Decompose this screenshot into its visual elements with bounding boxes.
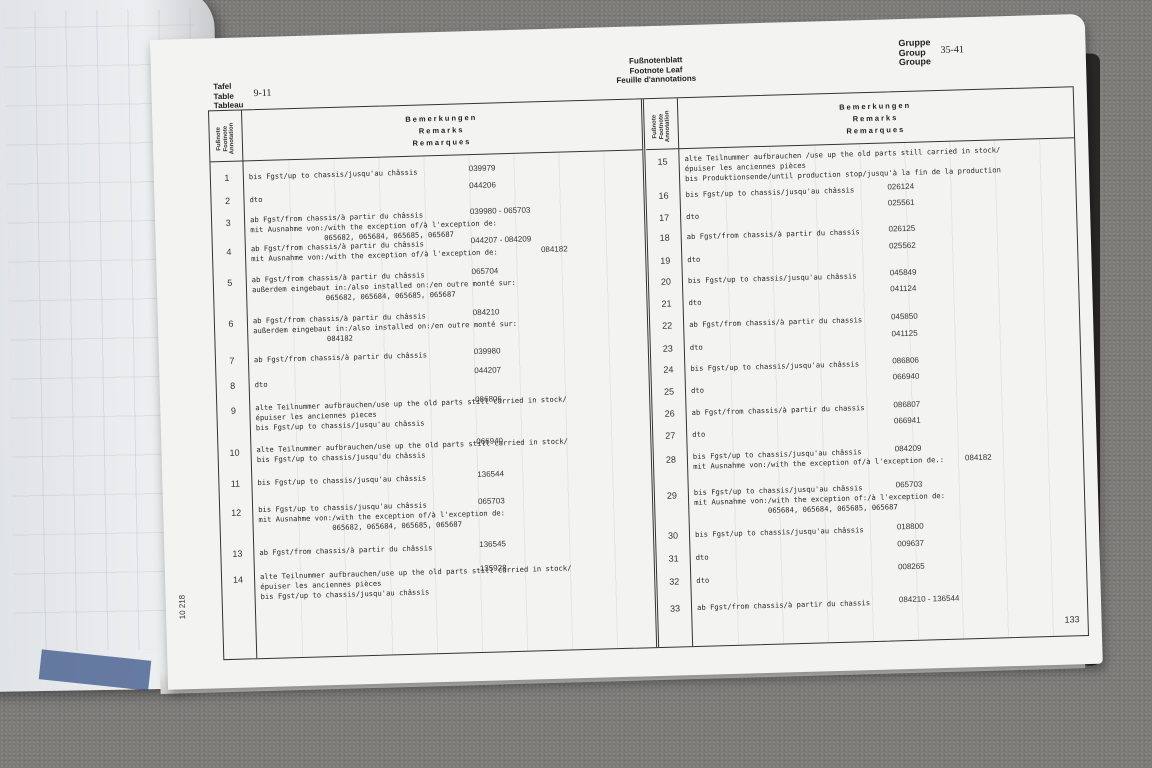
footnote-number: 2: [211, 195, 243, 206]
gruppe-label-fr: Groupe: [899, 57, 931, 67]
tafel-value: 9-11: [253, 89, 271, 99]
footnote-leaf-page: Tafel Table Tableau 9-11 Fußnotenblatt F…: [150, 14, 1103, 690]
fn-head-fr: Annotation: [664, 100, 672, 152]
footnote-number: 29: [656, 490, 688, 501]
chassis-number: 025561: [888, 198, 915, 208]
chassis-number: 086807: [893, 400, 920, 410]
gruppe-value: 35-41: [940, 45, 964, 55]
chassis-number: 039979: [469, 163, 496, 173]
chassis-number: 044207: [474, 365, 501, 375]
footnote-number: 17: [648, 212, 680, 223]
footnote-number: 9: [217, 405, 249, 416]
form-number: 10 218: [178, 595, 188, 620]
leaf-title: Fußnotenblatt Footnote Leaf Feuille d'an…: [556, 53, 757, 87]
chassis-number: 086806: [475, 394, 502, 404]
chassis-number: 044207 - 084209: [471, 234, 532, 245]
chassis-number: 066940: [476, 436, 503, 446]
chassis-number: 045850: [891, 312, 918, 322]
footnote-number: 7: [216, 355, 248, 366]
footnote-number: 4: [213, 246, 245, 257]
chassis-number: 066940: [893, 372, 920, 382]
chassis-number: 135928: [480, 563, 507, 573]
footnote-number: 16: [647, 190, 679, 201]
left-table-half: Fußnote Footnote Annotation Bemerkungen …: [209, 99, 659, 659]
chassis-number: 041124: [890, 284, 916, 294]
tafel-labels: Tafel Table Tableau: [213, 81, 243, 110]
footnote-number: 15: [646, 156, 678, 167]
exception-chassis-number: 084182: [541, 244, 568, 254]
footnote-number: 27: [654, 430, 686, 441]
footnote-number: 10: [218, 447, 250, 458]
chassis-number: 065703: [478, 496, 505, 506]
chassis-number: 136545: [479, 539, 506, 549]
footnote-number: 6: [215, 318, 247, 329]
chassis-number: 065704: [471, 266, 498, 276]
chassis-number: 084210: [473, 307, 500, 317]
footnote-number: 22: [651, 320, 683, 331]
footnote-number: 1: [211, 172, 243, 183]
footnote-number: 26: [654, 408, 686, 419]
chassis-number: 041125: [891, 329, 917, 339]
chassis-number: 039980: [474, 346, 501, 356]
footnote-number: 3: [212, 217, 244, 228]
page-number: 133: [1064, 614, 1079, 624]
chassis-number: 025562: [889, 241, 916, 251]
footnote-number: 18: [649, 232, 681, 243]
footnote-number: 13: [221, 548, 253, 559]
gruppe-labels: Gruppe Group Groupe: [898, 38, 931, 67]
exception-chassis-number: 084182: [965, 453, 992, 463]
footnote-number: 30: [657, 530, 689, 541]
footnote-number: 24: [652, 364, 684, 375]
footnote-table: Fußnote Footnote Annotation Bemerkungen …: [208, 86, 1089, 660]
footnote-number: 28: [655, 454, 687, 465]
footnote-column-header: Fußnote Footnote Annotation: [645, 98, 679, 149]
footnote-number: 5: [214, 277, 246, 288]
chassis-number: 026125: [888, 224, 915, 234]
footnote-number: 32: [658, 576, 690, 587]
footnote-number: 8: [217, 380, 249, 391]
remarks-column-header: Bemerkungen Remarks Remarques: [241, 107, 642, 154]
chassis-number: 039980 - 065703: [470, 205, 531, 216]
chassis-number: 084209: [895, 444, 922, 454]
footnote-number: 14: [222, 574, 254, 585]
footnote-number: 23: [652, 343, 684, 354]
footnote-number: 19: [649, 255, 681, 266]
fn-head-fr: Annotation: [228, 112, 236, 164]
footnote-number: 31: [658, 553, 690, 564]
chassis-number: 045849: [890, 268, 917, 278]
chassis-number: 008265: [898, 562, 925, 572]
footnote-number: 20: [650, 276, 682, 287]
remarks-column-header: Bemerkungen Remarks Remarques: [677, 95, 1074, 142]
chassis-number: 084210 - 136544: [899, 594, 960, 605]
chassis-number: 009637: [897, 539, 924, 549]
footnote-column-header: Fußnote Footnote Annotation: [209, 110, 243, 161]
chassis-number: 065703: [896, 480, 923, 490]
footnote-number: 12: [220, 507, 252, 518]
footnote-number: 11: [219, 478, 251, 489]
chassis-number: 018800: [897, 522, 924, 532]
footnote-number: 33: [659, 603, 691, 614]
right-table-half: Fußnote Footnote Annotation Bemerkungen …: [645, 87, 1088, 647]
chassis-number: 066941: [894, 416, 921, 426]
footnote-number: 21: [650, 298, 682, 309]
chassis-number: 026124: [887, 182, 914, 192]
chassis-number: 086806: [892, 356, 919, 366]
chassis-number: 136544: [477, 469, 504, 479]
footnote-number: 25: [653, 386, 685, 397]
chassis-number: 044206: [469, 180, 496, 190]
